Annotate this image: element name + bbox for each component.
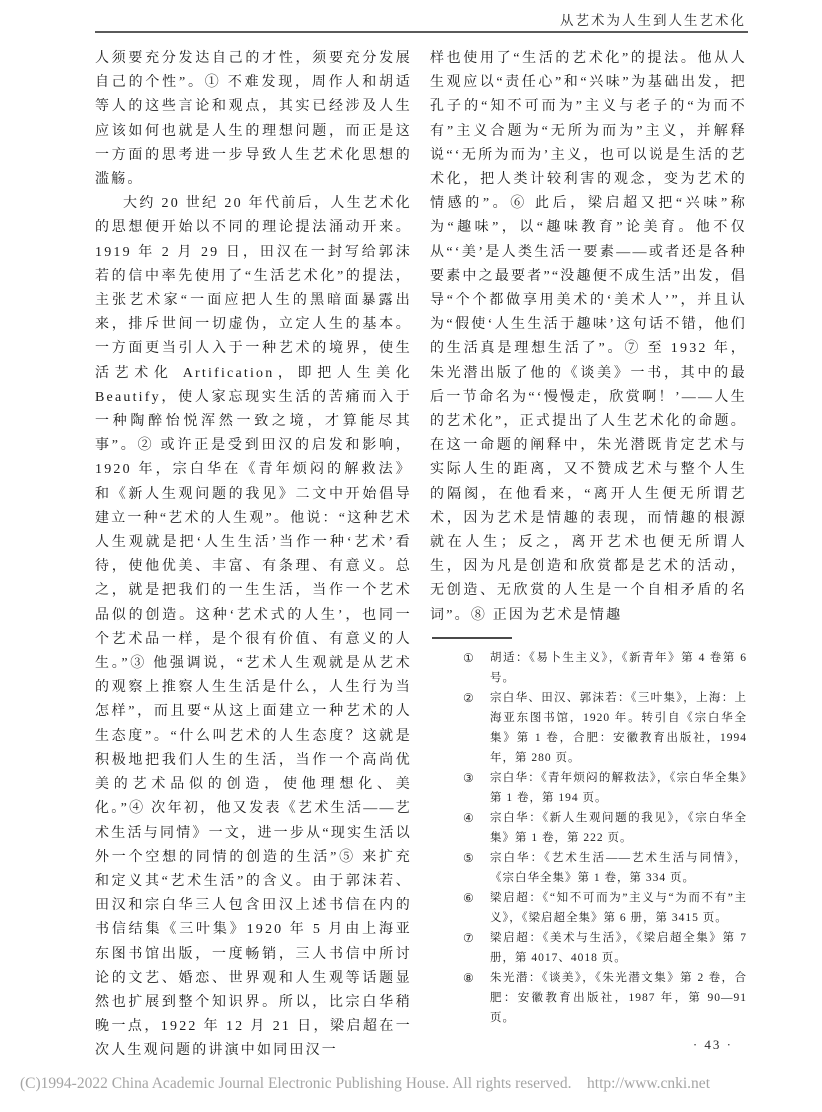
footnote-marker: ⑤ (463, 848, 475, 868)
running-title: 从艺术为人生到人生艺术化 (560, 9, 746, 29)
page-number: · 43 · (430, 1037, 747, 1053)
right-column: 样也使用了“生活的艺术化”的提法。他从人生观应以“责任心”和“兴味”为基础出发，… (430, 47, 747, 1053)
footnote-marker: ① (463, 648, 475, 668)
footnote-item: ⑤ 宗白华：《艺术生活——艺术生活与同情》，《宗白华全集》第 1 卷，第 334… (430, 848, 747, 888)
footnote-marker: ⑧ (463, 968, 475, 988)
footnote-text: 梁启超：《美术与生活》，《梁启超全集》第 7 册，第 4017、4018 页。 (490, 932, 747, 964)
footnote-item: ⑥ 梁启超：《“知不可而为”主义与“为而不有”主义》，《梁启超全集》第 6 册，… (430, 888, 747, 928)
footnote-marker: ③ (463, 768, 475, 788)
footer-url-link[interactable]: http://www.cnki.net (587, 1075, 710, 1093)
footnote-marker: ② (463, 688, 475, 708)
left-column: 人须要充分发达自己的才性，须要充分发展自己的个性”。① 不难发现，周作人和胡适等… (95, 47, 412, 1053)
footnote-item: ② 宗白华、田汉、郭沫若：《三叶集》，上海：上海亚东图书馆，1920 年。转引自… (430, 688, 747, 768)
footer-bar: (C)1994-2022 China Academic Journal Elec… (0, 1075, 822, 1097)
footnote-text: 胡适：《易卜生主义》，《新青年》第 4 卷第 6 号。 (490, 652, 747, 684)
body-paragraph: 大约 20 世纪 20 年代前后，人生艺术化的思想便开始以不同的理论提法涌动开来… (95, 192, 412, 1063)
footnote-list: ① 胡适：《易卜生主义》，《新青年》第 4 卷第 6 号。 ② 宗白华、田汉、郭… (430, 648, 747, 1028)
footnote-item: ⑧ 朱光潜：《谈美》，《朱光潜文集》第 2 卷，合肥：安徽教育出版社，1987 … (430, 968, 747, 1028)
footnote-item: ③ 宗白华：《青年烦闷的解救法》，《宗白华全集》第 1 卷，第 194 页。 (430, 768, 747, 808)
footnote-separator (432, 637, 512, 639)
document-page: 从艺术为人生到人生艺术化 人须要充分发达自己的才性，须要充分发展自己的个性”。①… (0, 0, 822, 1112)
footnote-text: 宗白华、田汉、郭沫若：《三叶集》，上海：上海亚东图书馆，1920 年。转引自《宗… (490, 692, 747, 764)
page-body: 人须要充分发达自己的才性，须要充分发展自己的个性”。① 不难发现，周作人和胡适等… (95, 47, 747, 1053)
footnote-marker: ⑦ (463, 928, 475, 948)
footnote-text: 朱光潜：《谈美》，《朱光潜文集》第 2 卷，合肥：安徽教育出版社，1987 年，… (490, 972, 747, 1024)
footnote-marker: ④ (463, 808, 475, 828)
footnote-text: 梁启超：《“知不可而为”主义与“为而不有”主义》，《梁启超全集》第 6 册，第 … (490, 892, 747, 924)
body-paragraph: 人须要充分发达自己的才性，须要充分发展自己的个性”。① 不难发现，周作人和胡适等… (95, 47, 412, 192)
footnote-item: ④ 宗白华：《新人生观问题的我见》，《宗白华全集》第 1 卷，第 222 页。 (430, 808, 747, 848)
footnote-item: ① 胡适：《易卜生主义》，《新青年》第 4 卷第 6 号。 (430, 648, 747, 688)
footnote-marker: ⑥ (463, 888, 475, 908)
body-paragraph: 样也使用了“生活的艺术化”的提法。他从人生观应以“责任心”和“兴味”为基础出发，… (430, 47, 747, 628)
footnote-item: ⑦ 梁启超：《美术与生活》，《梁启超全集》第 7 册，第 4017、4018 页… (430, 928, 747, 968)
copyright-text: (C)1994-2022 China Academic Journal Elec… (20, 1075, 571, 1093)
footnote-text: 宗白华：《艺术生活——艺术生活与同情》，《宗白华全集》第 1 卷，第 334 页… (490, 852, 747, 884)
footnote-text: 宗白华：《青年烦闷的解救法》，《宗白华全集》第 1 卷，第 194 页。 (490, 772, 747, 804)
header-rule (95, 31, 748, 33)
footnote-text: 宗白华：《新人生观问题的我见》，《宗白华全集》第 1 卷，第 222 页。 (490, 812, 747, 844)
